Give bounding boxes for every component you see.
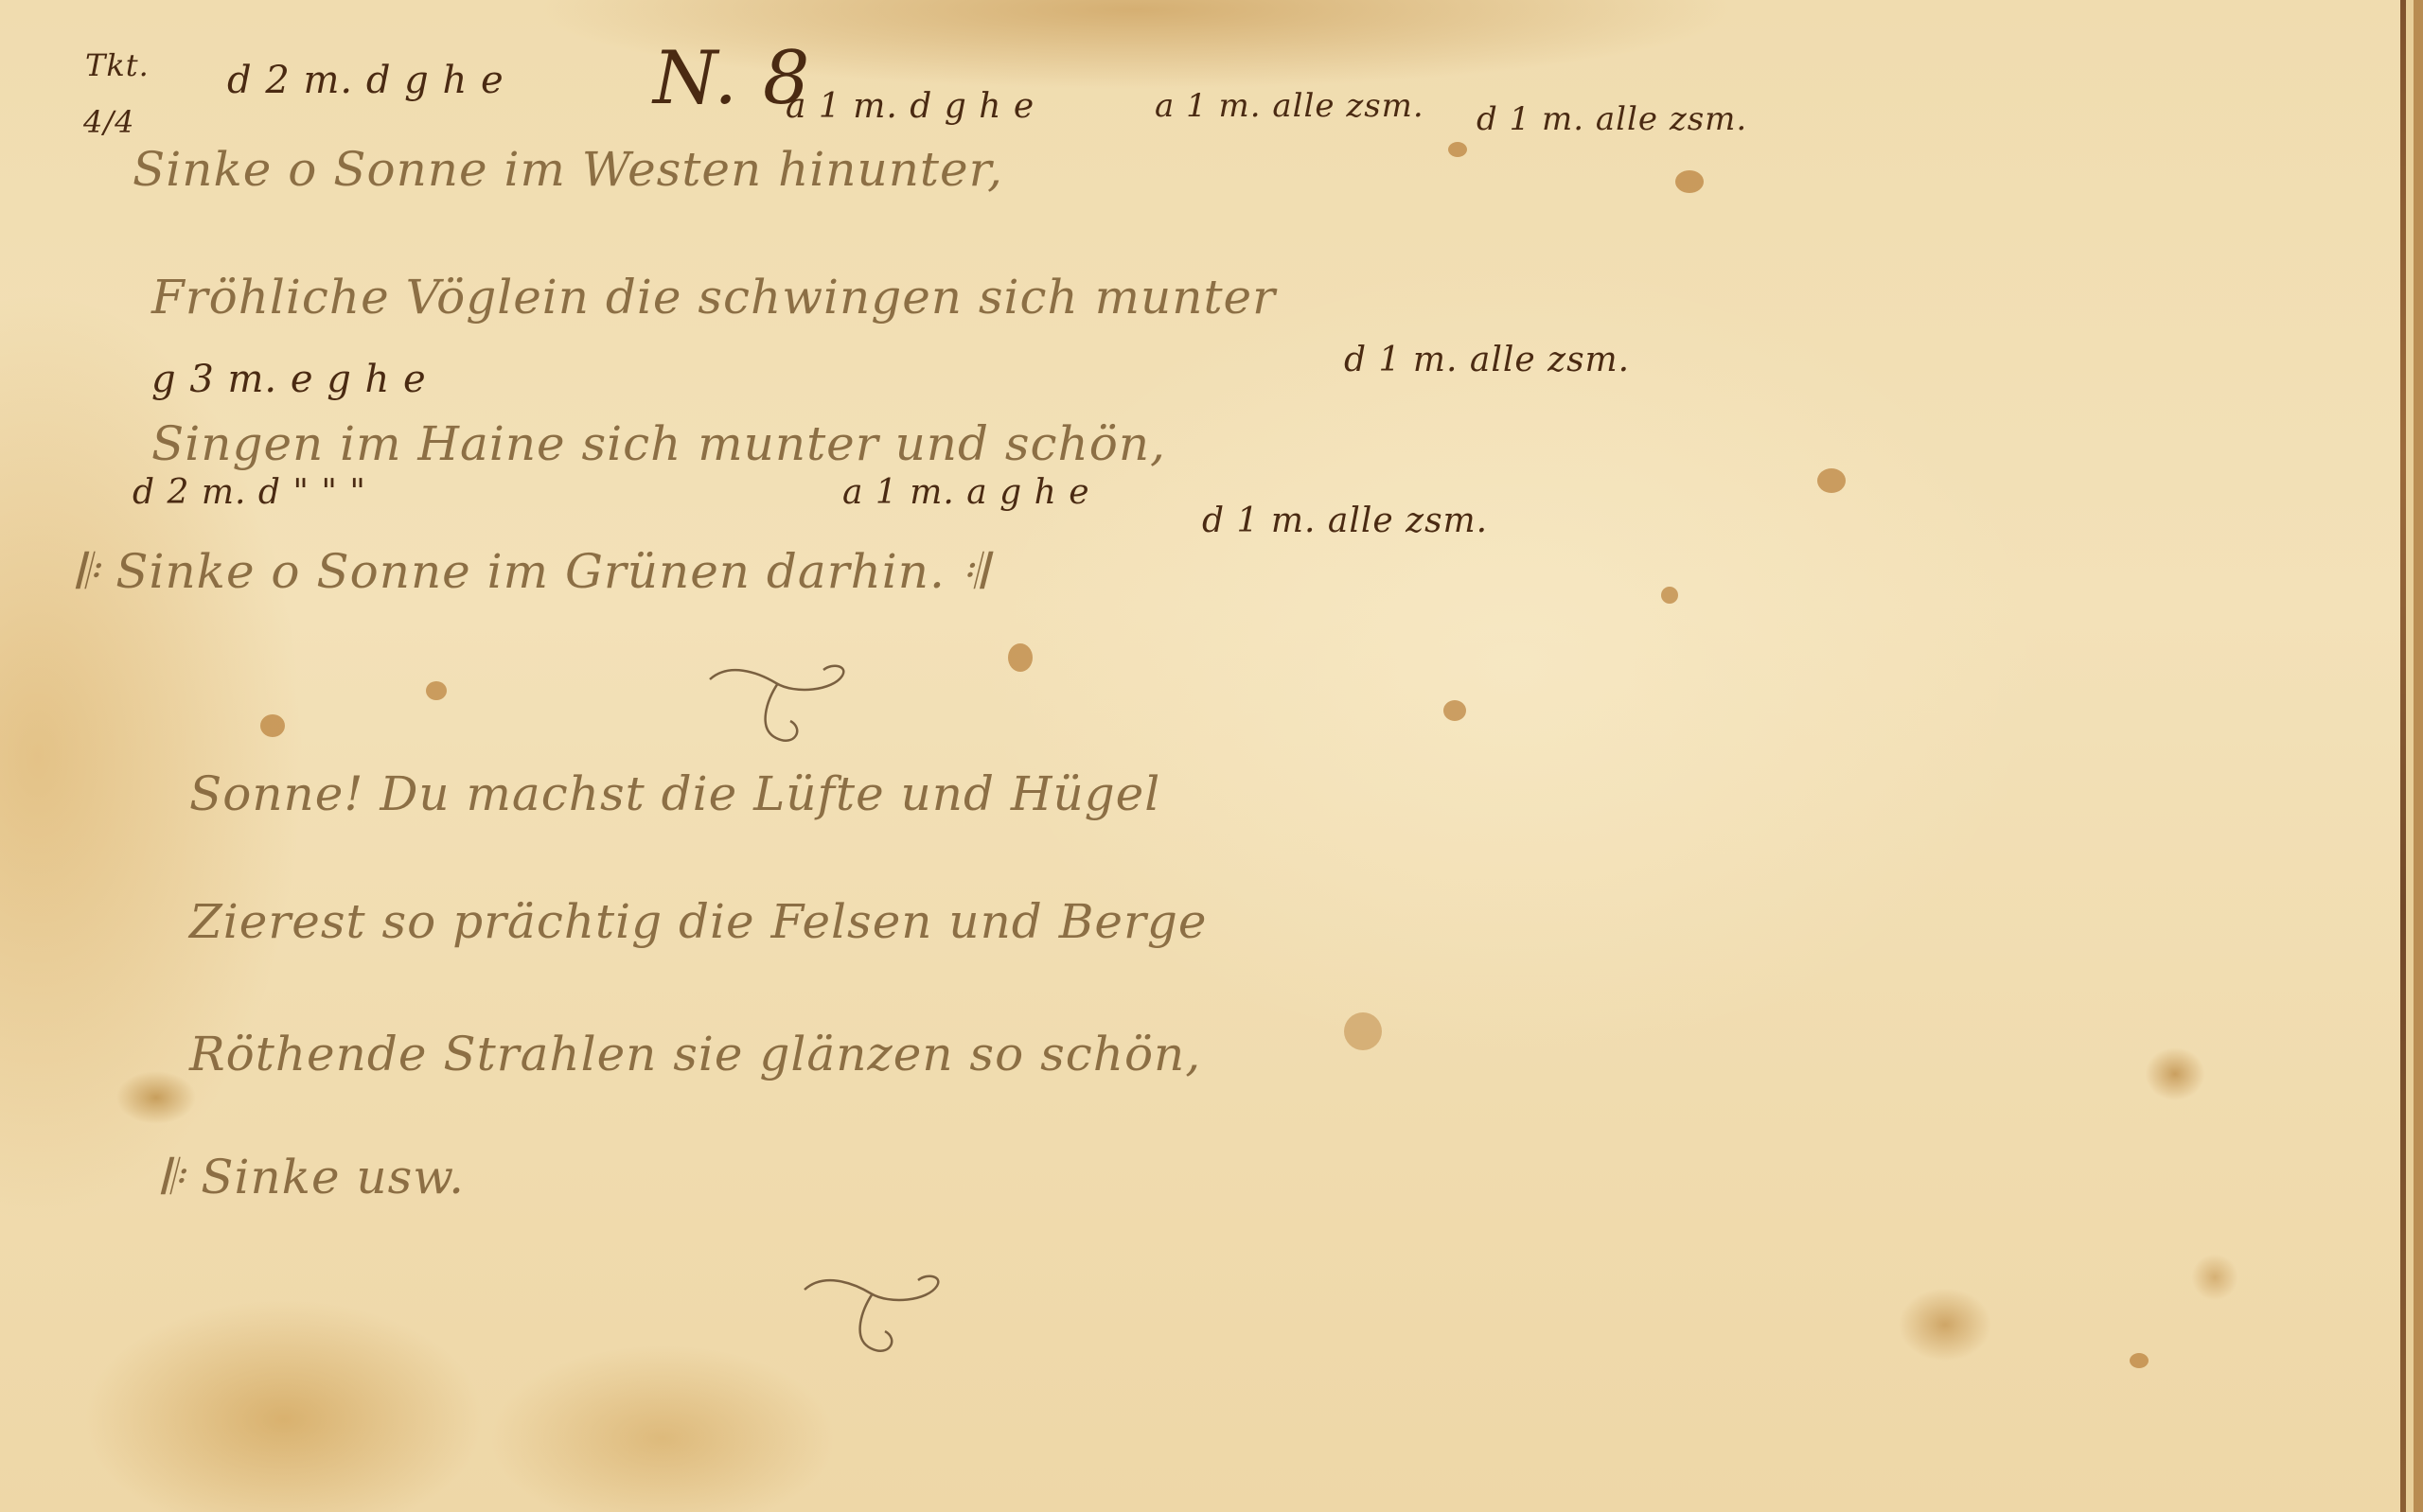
notation-line-9: d 1 m. alle zsm.	[1202, 501, 1488, 540]
notation-line-6: d 1 m. alle zsm.	[1344, 341, 1630, 379]
foxing-spot	[1008, 643, 1033, 672]
notation-line-5: g 3 m. e g h e	[151, 358, 427, 401]
manuscript-page: Tkt. 4/4 d 2 m. d g h e N. 8 a 1 m. d g …	[0, 0, 2423, 1512]
foxing-spot	[426, 681, 447, 700]
notation-line-8: a 1 m. a g h e	[842, 473, 1090, 512]
flourish-end	[795, 1273, 946, 1367]
verse-1-line-4: 𝄆 Sinke o Sonne im Grünen darhin. 𝄇	[76, 544, 985, 600]
foxing-spot	[2130, 1353, 2149, 1368]
time-signature: 4/4	[83, 104, 135, 140]
foxing-spot	[260, 714, 285, 737]
tempo-marking: Tkt.	[85, 47, 150, 83]
foxing-spot	[1344, 1012, 1382, 1050]
verse-2-line-4: 𝄆 Sinke usw.	[161, 1150, 465, 1205]
notation-line-7: d 2 m. d " " "	[133, 473, 366, 512]
book-spine	[2400, 0, 2406, 1512]
verse-2-line-3: Röthende Strahlen sie glänzen so schön,	[189, 1027, 1201, 1081]
foxing-spot	[1817, 468, 1846, 493]
page-edge	[2406, 0, 2414, 1512]
flourish-divider	[700, 662, 852, 757]
notation-line-4: d 1 m. alle zsm.	[1477, 100, 1747, 138]
foxing-spot	[1661, 587, 1678, 604]
verse-1-line-1: Sinke o Sonne im Westen hinunter,	[133, 142, 1003, 197]
notation-line-2: a 1 m. d g h e	[786, 87, 1035, 126]
foxing-spot	[1448, 142, 1467, 157]
notation-line-3: a 1 m. alle zsm.	[1155, 87, 1424, 125]
verse-1-line-2: Fröhliche Vöglein die schwingen sich mun…	[151, 270, 1276, 325]
foxing-spot	[1443, 700, 1466, 721]
verse-2-line-1: Sonne! Du machst die Lüfte und Hügel	[189, 766, 1160, 821]
foxing-spot	[1675, 170, 1704, 193]
notation-line-1: d 2 m. d g h e	[227, 59, 504, 102]
verse-1-line-3: Singen im Haine sich munter und schön,	[151, 416, 1166, 471]
verse-2-line-2: Zierest so prächtig die Felsen und Berge	[189, 894, 1208, 949]
